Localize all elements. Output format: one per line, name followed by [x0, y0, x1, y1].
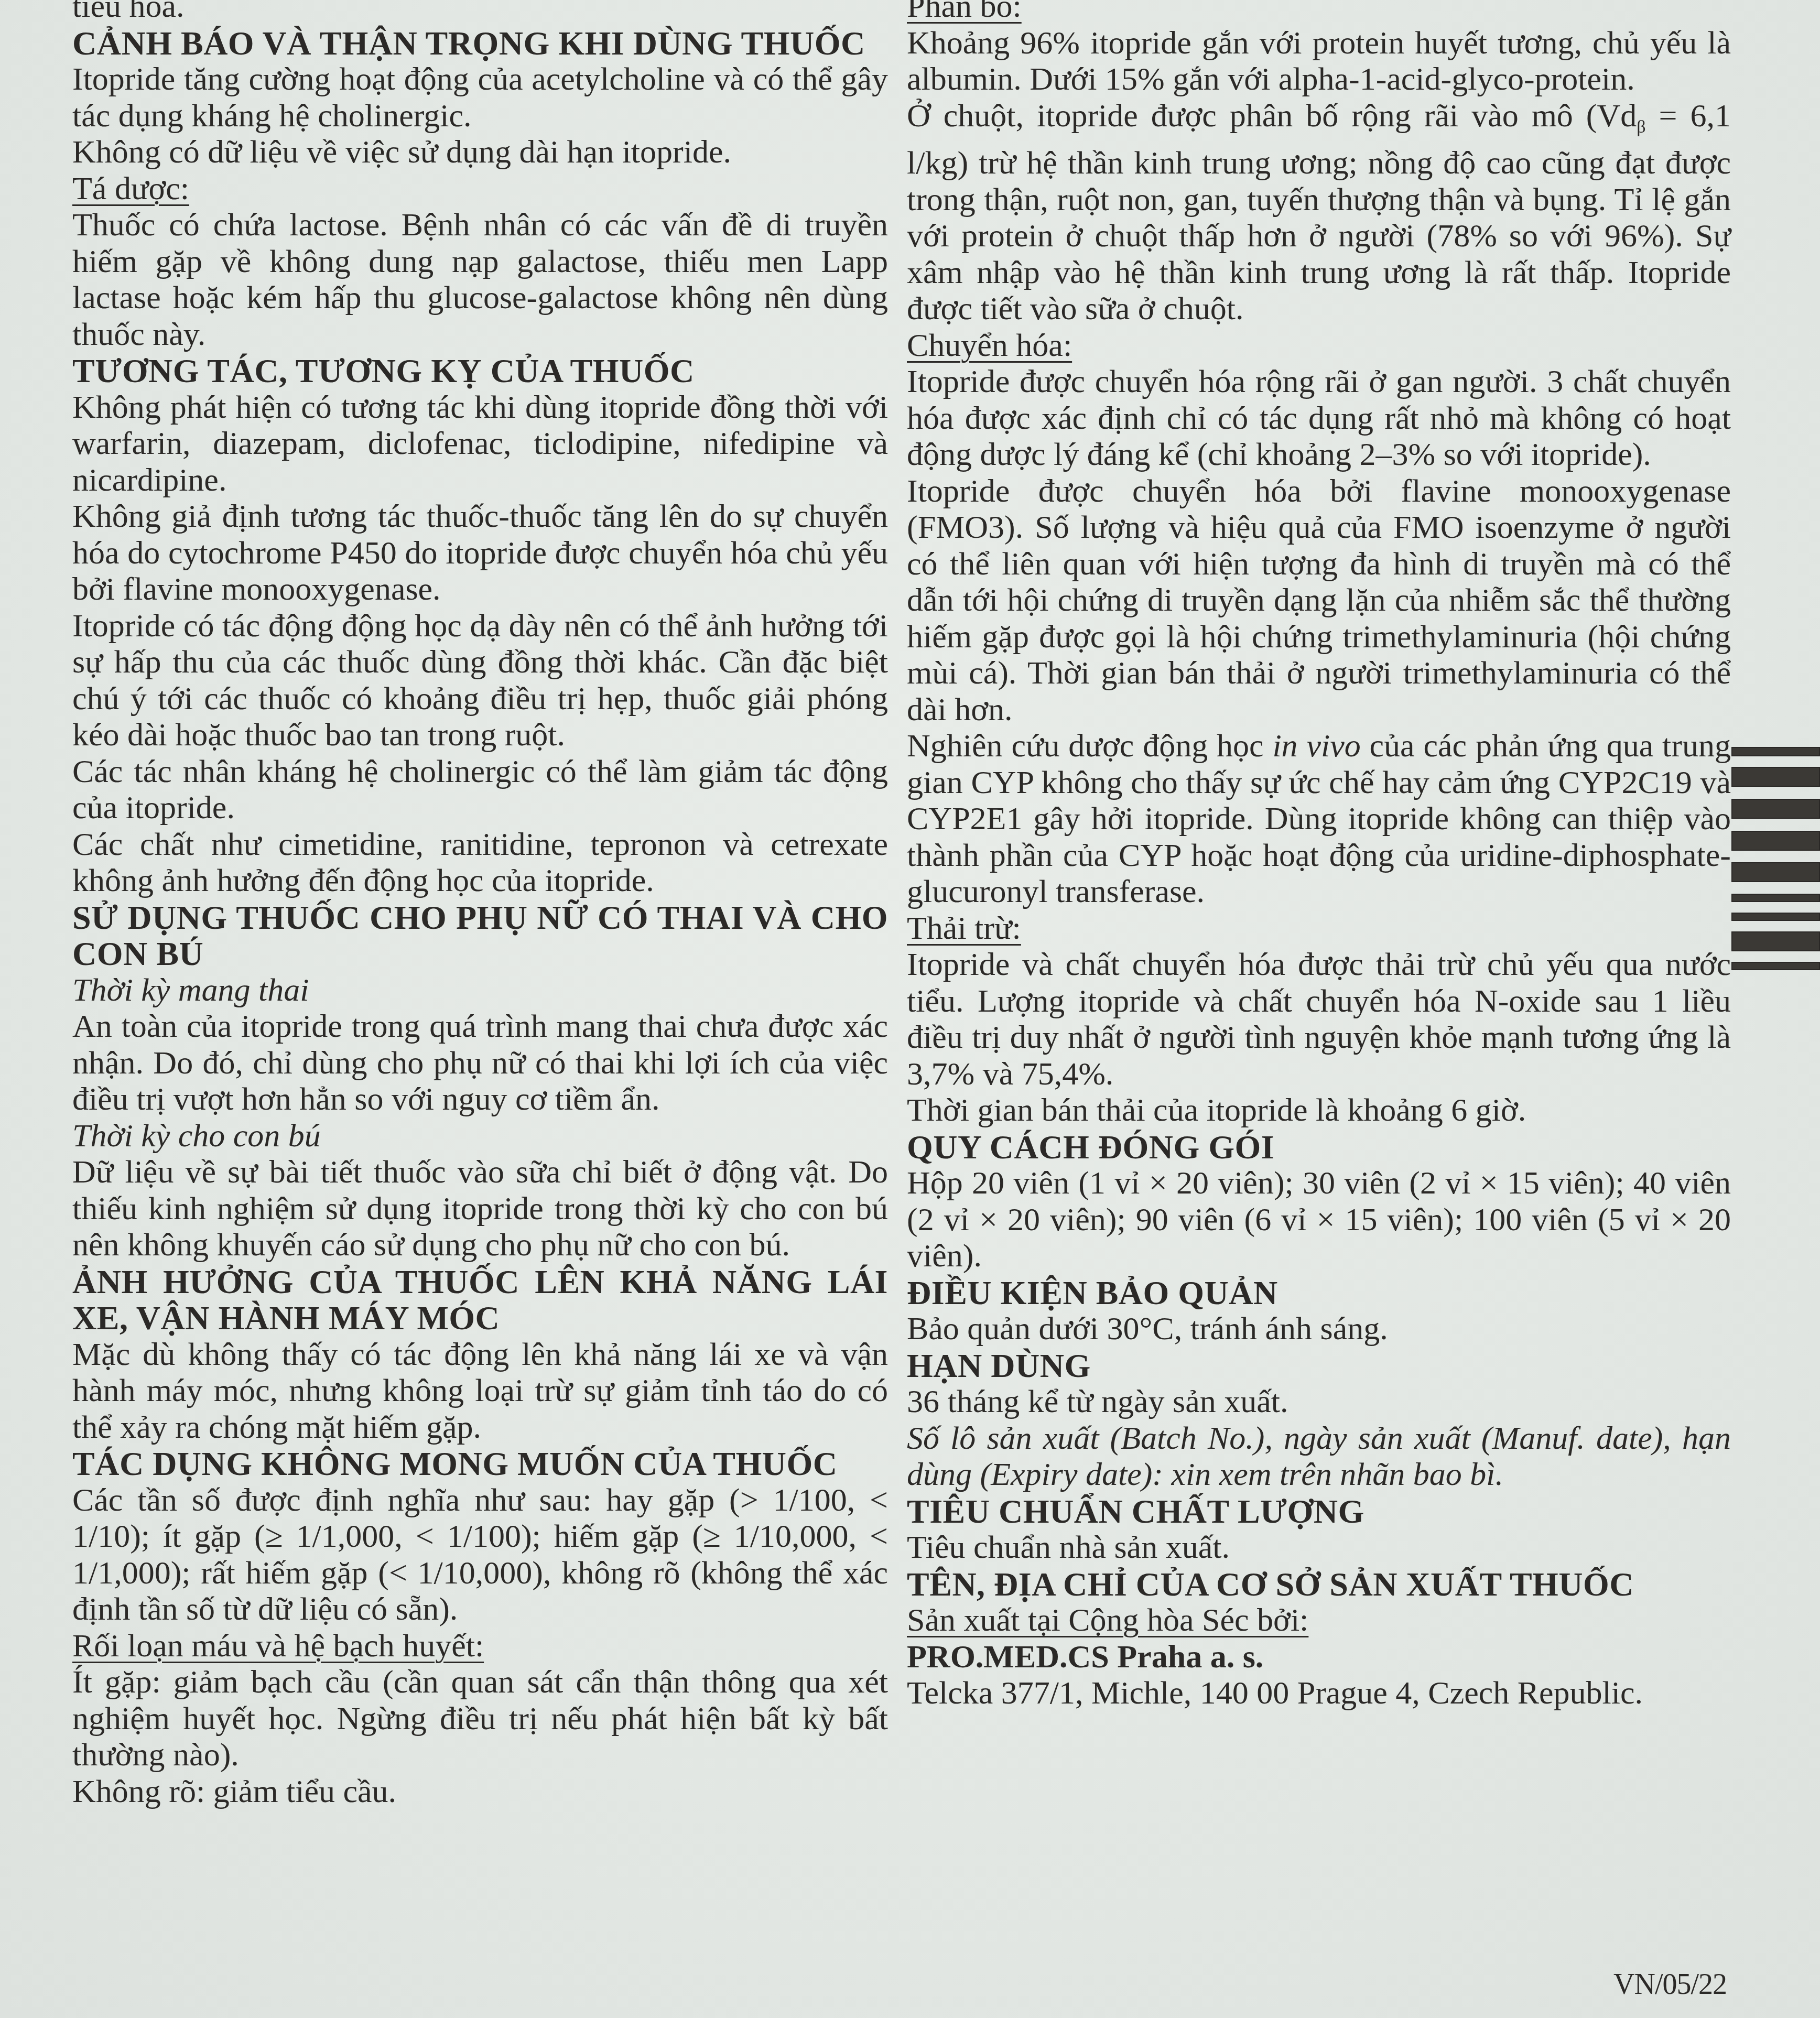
paragraph: Itopride tăng cường hoạt động của acetyl… — [72, 61, 888, 134]
paragraph: Itopride có tác động động học dạ dày nên… — [72, 608, 888, 754]
section-elimination: Thải trừ: Itopride và chất chuyển hóa đư… — [907, 910, 1731, 1129]
section-heading: ĐIỀU KIỆN BẢO QUẢN — [907, 1275, 1731, 1311]
edge-bar — [1731, 962, 1820, 970]
edge-bar — [1731, 799, 1820, 819]
paragraph: Dữ liệu về sự bài tiết thuốc vào sữa chỉ… — [72, 1154, 888, 1264]
subheading-metabolism: Chuyển hóa: — [907, 328, 1731, 364]
section-distribution: Phân bố: Khoảng 96% itopride gắn với pro… — [907, 0, 1731, 328]
paragraph: Itopride được chuyển hóa rộng rãi ở gan … — [907, 364, 1731, 473]
made-in-label: Sản xuất tại Cộng hòa Séc bởi: — [907, 1602, 1731, 1639]
paragraph: Tiêu chuẩn nhà sản xuất. — [907, 1529, 1731, 1566]
edge-bar — [1731, 894, 1820, 902]
section-packaging: QUY CÁCH ĐÓNG GÓI Hộp 20 viên (1 vỉ × 20… — [907, 1129, 1731, 1275]
subheading-distribution: Phân bố: — [907, 0, 1731, 25]
paragraph: Thuốc có chứa lactose. Bệnh nhân có các … — [72, 207, 888, 353]
paragraph: Itopride được chuyển hóa bởi flavine mon… — [907, 473, 1731, 729]
company-name: PRO.MED.CS Praha a. s. — [907, 1639, 1731, 1676]
paragraph: Hộp 20 viên (1 vỉ × 20 viên); 30 viên (2… — [907, 1165, 1731, 1275]
paragraph: Không có dữ liệu về việc sử dụng dài hạn… — [72, 134, 888, 171]
continued-text: tiêu hóa. — [72, 0, 888, 25]
edge-bar — [1731, 862, 1820, 882]
paragraph: Bảo quản dưới 30°C, tránh ánh sáng. — [907, 1311, 1731, 1348]
section-heading: ẢNH HƯỞNG CỦA THUỐC LÊN KHẢ NĂNG LÁI XE,… — [72, 1264, 888, 1337]
section-heading: SỬ DỤNG THUỐC CHO PHỤ NỮ CÓ THAI VÀ CHO … — [72, 899, 888, 972]
subheading-elimination: Thải trừ: — [907, 910, 1731, 947]
right-column: Phân bố: Khoảng 96% itopride gắn với pro… — [907, 0, 1731, 1712]
italic-term: in vivo — [1272, 728, 1360, 764]
section-heading: QUY CÁCH ĐÓNG GÓI — [907, 1129, 1731, 1166]
paragraph: Không giả định tương tác thuốc-thuốc tăn… — [72, 498, 888, 608]
subheading-lactation: Thời kỳ cho con bú — [72, 1118, 888, 1155]
paragraph: An toàn của itopride trong quá trình man… — [72, 1008, 888, 1118]
paragraph: Các tần số được định nghĩa như sau: hay … — [72, 1482, 888, 1628]
batch-note: Số lô sản xuất (Batch No.), ngày sản xuấ… — [907, 1420, 1731, 1493]
subheading-excipients: Tá dược: — [72, 171, 888, 208]
subscript-beta: β — [1637, 117, 1645, 137]
edge-bar — [1731, 767, 1820, 787]
section-adverse-effects: TÁC DỤNG KHÔNG MONG MUỐN CỦA THUỐC Các t… — [72, 1446, 888, 1810]
section-heading: HẠN DÙNG — [907, 1348, 1731, 1384]
subheading-blood-disorders: Rối loạn máu và hệ bạch huyết: — [72, 1628, 888, 1665]
company-address: Telcka 377/1, Michle, 140 00 Prague 4, C… — [907, 1675, 1731, 1712]
section-quality: TIÊU CHUẨN CHẤT LƯỢNG Tiêu chuẩn nhà sản… — [907, 1493, 1731, 1566]
text-span: Nghiên cứu dược động học — [907, 728, 1272, 764]
paragraph: Thời gian bán thải của itopride là khoản… — [907, 1092, 1731, 1129]
section-heading: TÁC DỤNG KHÔNG MONG MUỐN CỦA THUỐC — [72, 1446, 888, 1482]
paragraph: Không phát hiện có tương tác khi dùng it… — [72, 389, 888, 499]
edge-bar — [1731, 913, 1820, 921]
edge-bar — [1731, 747, 1820, 756]
section-heading: TÊN, ĐỊA CHỈ CỦA CƠ SỞ SẢN XUẤT THUỐC — [907, 1566, 1731, 1603]
section-interactions: TƯƠNG TÁC, TƯƠNG KỴ CỦA THUỐC Không phát… — [72, 353, 888, 899]
paragraph: Ở chuột, itopride được phân bố rộng rãi … — [907, 98, 1731, 328]
paragraph: 36 tháng kể từ ngày sản xuất. — [907, 1384, 1731, 1420]
section-heading: CẢNH BÁO VÀ THẬN TRỌNG KHI DÙNG THUỐC — [72, 25, 888, 62]
section-manufacturer: TÊN, ĐỊA CHỈ CỦA CƠ SỞ SẢN XUẤT THUỐC Sả… — [907, 1566, 1731, 1712]
paragraph: Các chất như cimetidine, ranitidine, tep… — [72, 827, 888, 899]
paragraph: Itopride và chất chuyển hóa được thải tr… — [907, 947, 1731, 1092]
edge-bar — [1731, 831, 1820, 851]
subheading-pregnancy: Thời kỳ mang thai — [72, 972, 888, 1009]
left-column: tiêu hóa. CẢNH BÁO VÀ THẬN TRỌNG KHI DÙN… — [72, 0, 888, 1810]
paragraph: Ít gặp: giảm bạch cầu (cần quan sát cẩn … — [72, 1664, 888, 1774]
section-warnings: CẢNH BÁO VÀ THẬN TRỌNG KHI DÙNG THUỐC It… — [72, 25, 888, 353]
section-pregnancy: SỬ DỤNG THUỐC CHO PHỤ NỮ CÓ THAI VÀ CHO … — [72, 899, 888, 1264]
paragraph: Mặc dù không thấy có tác động lên khả nă… — [72, 1337, 888, 1446]
version-code: VN/05/22 — [1613, 1968, 1727, 2001]
section-storage: ĐIỀU KIỆN BẢO QUẢN Bảo quản dưới 30°C, t… — [907, 1275, 1731, 1348]
text-span: Ở chuột, itopride được phân bố rộng rãi … — [907, 98, 1637, 134]
section-shelf-life: HẠN DÙNG 36 tháng kể từ ngày sản xuất. S… — [907, 1348, 1731, 1493]
section-heading: TƯƠNG TÁC, TƯƠNG KỴ CỦA THUỐC — [72, 353, 888, 389]
edge-bar — [1731, 931, 1820, 951]
section-heading: TIÊU CHUẨN CHẤT LƯỢNG — [907, 1493, 1731, 1530]
paragraph: Khoảng 96% itopride gắn với protein huyế… — [907, 25, 1731, 98]
paragraph: Các tác nhân kháng hệ cholinergic có thể… — [72, 754, 888, 827]
paragraph: Nghiên cứu dược động học in vivo của các… — [907, 728, 1731, 910]
paragraph: Không rõ: giảm tiểu cầu. — [72, 1774, 888, 1810]
section-metabolism: Chuyển hóa: Itopride được chuyển hóa rộn… — [907, 328, 1731, 910]
section-driving: ẢNH HƯỞNG CỦA THUỐC LÊN KHẢ NĂNG LÁI XE,… — [72, 1264, 888, 1446]
